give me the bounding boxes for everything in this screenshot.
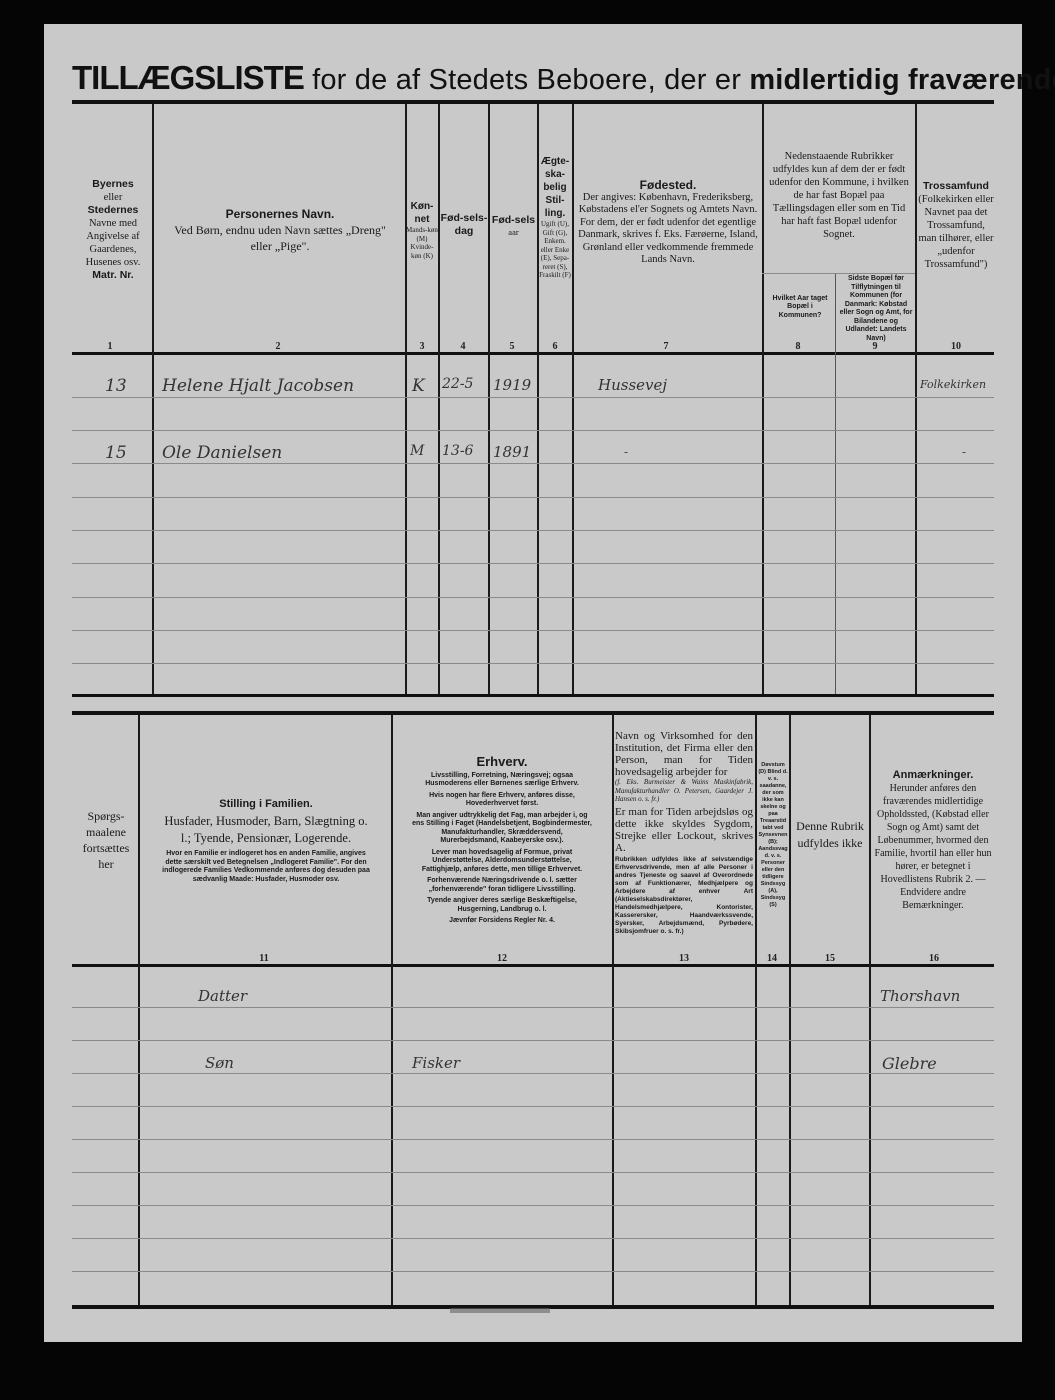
row-line xyxy=(72,497,994,498)
header-col-1-detail: Navne med Angivelse af Gaardenes, Husene… xyxy=(74,217,152,269)
header-col-2-detail: Ved Børn, endnu uden Navn sættes „Dreng"… xyxy=(165,222,395,254)
col-number: 4 xyxy=(453,341,473,352)
header-col-4: Fød-sels-dag xyxy=(440,195,488,255)
row-line xyxy=(72,1073,994,1074)
header-col-10-title: Trossamfund xyxy=(923,180,989,193)
col-number: 16 xyxy=(924,953,944,964)
header-col-12-para: Man angiver udtrykkelig det Fag, man arb… xyxy=(412,812,592,846)
header-col-12: Erhverv. Livsstilling, Forretning, Nærin… xyxy=(412,745,592,935)
header-col-12-title: Erhverv. xyxy=(476,755,527,768)
col-divider xyxy=(612,715,614,1305)
header-col-6-detail: Ugift (U), Gift (G), Enkem. eller Enke (… xyxy=(538,220,572,280)
header-col-11-heading: Husfader, Husmoder, Barn, Slægtning o. l… xyxy=(160,813,372,847)
cell-birthyear: 1919 xyxy=(493,376,531,394)
header-col-12-para: Hvis nogen har flere Erhverv, anføres di… xyxy=(412,792,592,809)
header-col-12-para: Forhenværende Næringsdrivende o. l. sætt… xyxy=(412,877,592,894)
cell-sex: M xyxy=(410,443,424,459)
header-col-7: Fødested. Der angives: København, Freder… xyxy=(578,118,758,328)
col-divider xyxy=(762,104,764,694)
header-col-1-footer: Matr. Nr. xyxy=(92,269,133,282)
header-col-2: Personernes Navn. Ved Børn, endnu uden N… xyxy=(165,190,395,270)
header-col-1-title2: Stedernes xyxy=(88,204,139,217)
cell-birthyear: 1891 xyxy=(493,443,531,461)
row-line xyxy=(72,397,994,398)
header-col-14: Døvstum (D) Blind d. v. s. saadanne, der… xyxy=(757,735,789,935)
cell-religion: - xyxy=(962,445,966,459)
lower-header-rule xyxy=(72,964,994,967)
row-line xyxy=(72,563,994,564)
header-col-12-para: Jævnfør Forsidens Regler Nr. 4. xyxy=(449,917,555,926)
col-number: 5 xyxy=(502,341,522,352)
row-line xyxy=(72,1238,994,1239)
header-col-10-detail: (Folkekirken eller Navnet paa det Trossa… xyxy=(918,193,994,271)
upper-header-rule xyxy=(72,352,994,355)
row-line xyxy=(72,530,994,531)
col-number: 3 xyxy=(412,341,432,352)
header-col-6-title: Ægte-ska-belig Stil-ling. xyxy=(538,155,572,220)
cell-sex: K xyxy=(412,376,425,396)
col-number: 15 xyxy=(820,953,840,964)
cell-name: Helene Hjalt Jacobsen xyxy=(162,376,354,396)
title-main: TILLÆGSLISTE xyxy=(72,59,304,96)
header-col-8-detail: Hvilket Aar taget Bopæl i Kommunen? xyxy=(765,295,835,321)
col-divider xyxy=(488,104,490,694)
header-col-16: Anmærkninger. Herunder anføres den fravæ… xyxy=(873,760,993,920)
header-col-11-detail: Hvor en Familie er indlogeret hos en and… xyxy=(160,850,372,884)
cell-family-position: Søn xyxy=(205,1054,234,1072)
cell-family-position: Datter xyxy=(198,987,247,1005)
header-col-5-detail: aar xyxy=(508,227,518,237)
row-line xyxy=(72,630,994,631)
header-col-11-title: Stilling i Familien. xyxy=(219,796,313,813)
col-number: 13 xyxy=(674,953,694,964)
header-col-11: Stilling i Familien. Husfader, Husmoder,… xyxy=(160,775,372,905)
group-divider-8-9 xyxy=(762,273,915,274)
header-col-14-detail: Døvstum (D) Blind d. v. s. saadanne, der… xyxy=(757,762,789,909)
cell-name: Ole Danielsen xyxy=(162,443,282,463)
col-number: 6 xyxy=(545,341,565,352)
header-group-8-9: Nedenstaaende Rubrikker udfyldes kun af … xyxy=(768,125,910,265)
header-col-2-title: Personernes Navn. xyxy=(226,206,335,222)
header-col-16-title: Anmærkninger. xyxy=(893,769,974,782)
header-col-1-title: Byernes xyxy=(92,178,133,191)
continuation-note: Spørgs-maalene fortsættes her xyxy=(74,800,138,880)
header-col-15: Denne Rubrik udfyldes ikke xyxy=(792,790,868,880)
row-line xyxy=(72,1106,994,1107)
upper-table-top-rule xyxy=(72,100,994,104)
col-number: 12 xyxy=(492,953,512,964)
col-divider-thin xyxy=(835,274,836,694)
col-divider xyxy=(572,104,574,694)
col-number: 9 xyxy=(865,341,885,352)
header-col-10: Trossamfund (Folkekirken eller Navnet pa… xyxy=(918,165,994,285)
row-line xyxy=(72,1205,994,1206)
header-group-8-9-text: Nedenstaaende Rubrikker udfyldes kun af … xyxy=(768,150,910,241)
col-divider xyxy=(869,715,871,1305)
header-col-15-heading: Denne Rubrik udfyldes ikke xyxy=(792,818,868,852)
col-number: 11 xyxy=(254,953,274,964)
form-title: TILLÆGSLISTE for de af Stedets Beboere, … xyxy=(72,58,997,98)
col-divider xyxy=(438,104,440,694)
row-line xyxy=(72,1007,994,1008)
cell-matr: 13 xyxy=(105,376,127,396)
cell-birthplace: - xyxy=(624,445,628,459)
header-col-1-text: eller xyxy=(104,191,123,204)
row-line xyxy=(72,1172,994,1173)
cell-birthday: 22-5 xyxy=(442,376,473,392)
header-col-13-note: Rubrikken udfyldes ikke af selvstændige … xyxy=(615,856,753,936)
header-col-12-para: Tyende angiver deres særlige Beskæftigel… xyxy=(412,897,592,914)
cell-birthday: 13-6 xyxy=(442,443,473,459)
col-divider xyxy=(789,715,791,1305)
cell-matr: 15 xyxy=(105,443,127,463)
header-col-12-para: Livsstilling, Forretning, Næringsvej; og… xyxy=(412,772,592,789)
col-number: 10 xyxy=(944,341,968,352)
row-line xyxy=(72,1040,994,1041)
row-line xyxy=(72,1271,994,1272)
header-col-9-detail: Sidste Bopæl før Tilflytningen til Kommu… xyxy=(838,275,914,343)
header-col-6: Ægte-ska-belig Stil-ling. Ugift (U), Gif… xyxy=(538,110,572,325)
header-col-5: Fød-sels aar xyxy=(490,195,537,255)
header-col-3-title: Køn-net xyxy=(406,200,438,226)
row-line xyxy=(72,597,994,598)
header-col-13-heading: Navn og Virksomhed for den Institution, … xyxy=(615,730,753,778)
col-divider xyxy=(138,715,140,1305)
cell-occupation: Fisker xyxy=(412,1054,460,1072)
printer-imprint xyxy=(450,1308,550,1313)
header-col-8: Hvilket Aar taget Bopæl i Kommunen? xyxy=(765,280,835,335)
col-number: 2 xyxy=(268,341,288,352)
col-number: 8 xyxy=(788,341,808,352)
header-col-7-detail: Der angives: København, Frederiksberg, K… xyxy=(578,192,758,267)
col-divider xyxy=(152,104,154,694)
col-number: 14 xyxy=(762,953,782,964)
header-col-5-title: Fød-sels xyxy=(492,214,535,227)
title-middle: for de af Stedets Beboere, der er xyxy=(304,64,749,96)
row-line xyxy=(72,1139,994,1140)
header-col-4-title: Fød-sels-dag xyxy=(440,212,488,238)
cell-birthplace: Hussevej xyxy=(598,376,667,394)
col-divider xyxy=(391,715,393,1305)
upper-table-bottom-rule xyxy=(72,694,994,697)
lower-table-top-rule xyxy=(72,711,994,715)
cell-remarks: Thorshavn xyxy=(880,987,960,1005)
col-number: 7 xyxy=(656,341,676,352)
header-col-16-detail: Herunder anføres den fraværendes midlert… xyxy=(873,782,993,912)
header-col-9: Sidste Bopæl før Tilflytningen til Kommu… xyxy=(838,278,914,340)
cell-religion: Folkekirken xyxy=(920,378,986,391)
col-number: 1 xyxy=(100,341,120,352)
cell-remarks: Glebre xyxy=(882,1054,937,1073)
title-end: midlertidig fraværende. xyxy=(749,64,1055,96)
header-col-12-para: Lever man hovedsagelig af Formue, privat… xyxy=(412,849,592,875)
header-col-13-example: (f. Eks. Burmeister & Wains Maskinfabrik… xyxy=(615,778,753,804)
row-line xyxy=(72,663,994,664)
header-col-3: Køn-net Mands-køn (M) Kvinde-køn (K) xyxy=(406,185,438,275)
col-divider xyxy=(915,104,917,694)
header-col-13-unemployed: Er man for Tiden arbejdsløs og dette ikk… xyxy=(615,806,753,854)
header-col-7-title: Fødested. xyxy=(640,179,697,192)
header-col-13: Navn og Virksomhed for den Institution, … xyxy=(615,718,753,948)
continuation-note-text: Spørgs-maalene fortsættes her xyxy=(74,808,138,872)
row-line xyxy=(72,430,994,431)
header-col-3-detail: Mands-køn (M) Kvinde-køn (K) xyxy=(406,226,438,260)
header-col-1: Byernes eller Stedernes Navne med Angive… xyxy=(74,150,152,310)
row-line xyxy=(72,463,994,464)
